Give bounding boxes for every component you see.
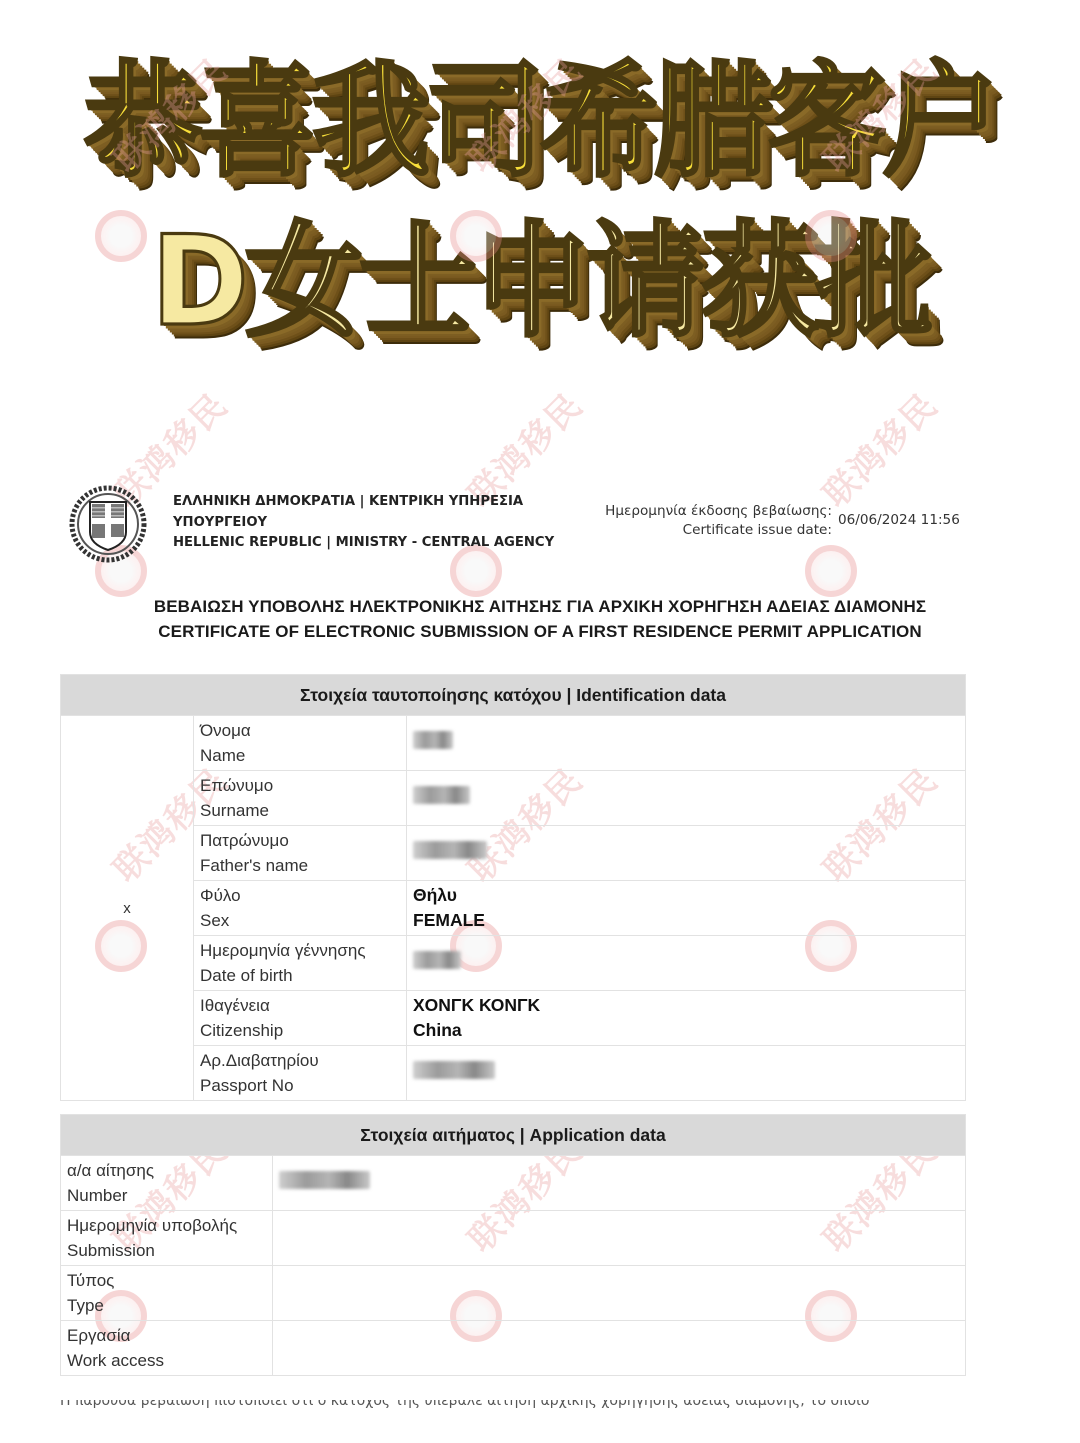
label-cell: ΤύποςType	[61, 1266, 273, 1321]
label-cell: ΦύλοSex	[194, 881, 407, 936]
redacted-value	[413, 731, 453, 749]
table-row: Ημερομηνία γέννησηςDate of birth	[61, 936, 966, 991]
table-row: ΕπώνυμοSurname	[61, 771, 966, 826]
headline-line-1: 恭喜我司希腊客户	[0, 62, 1080, 180]
issue-date-value: 06/06/2024 11:56	[838, 512, 960, 528]
table-row: α/α αίτησηςNumber	[61, 1156, 966, 1211]
label-greek: Πατρώνυμο	[200, 828, 400, 853]
company-seal-icon	[805, 545, 857, 597]
label-greek: Εργασία	[67, 1323, 266, 1348]
label-english: Type	[67, 1293, 266, 1318]
label-english: Name	[200, 743, 400, 768]
label-greek: Ημερομηνία γέννησης	[200, 938, 400, 963]
identification-header: Στοιχεία ταυτοποίησης κατόχου | Identifi…	[61, 675, 966, 716]
value-cell	[407, 936, 966, 991]
value-cell	[407, 826, 966, 881]
label-english: Submission	[67, 1238, 266, 1263]
watermark-text: 联鸿移民	[810, 380, 946, 516]
document-title-english: CERTIFICATE OF ELECTRONIC SUBMISSION OF …	[60, 619, 1020, 644]
table-row: ΤύποςType	[61, 1266, 966, 1321]
value-cell	[407, 771, 966, 826]
photo-placeholder: x	[61, 716, 194, 1101]
issue-date-labels: Ημερομηνία έκδοσης βεβαίωσης: Certificat…	[590, 502, 832, 540]
issue-date-label-greek: Ημερομηνία έκδοσης βεβαίωσης:	[590, 502, 832, 521]
watermark: 联鸿移民	[805, 545, 857, 597]
application-table: Στοιχεία αιτήματος | Application data α/…	[60, 1114, 966, 1376]
label-english: Father's name	[200, 853, 400, 878]
label-greek: Όνομα	[200, 718, 400, 743]
value-greek: Θήλυ	[413, 883, 959, 908]
label-english: Work access	[67, 1348, 266, 1373]
footer-note-text: Η παρούσα βεβαίωση πιστοποιεί ότι ο κάτο…	[60, 1400, 869, 1409]
label-cell: ΕργασίαWork access	[61, 1321, 273, 1376]
table-row: Αρ.ΔιαβατηρίουPassport No	[61, 1046, 966, 1101]
label-cell: α/α αίτησηςNumber	[61, 1156, 273, 1211]
redacted-value	[279, 1171, 370, 1189]
value-greek: ΧΟΝΓΚ ΚΟΝΓΚ	[413, 993, 959, 1018]
label-cell: ΠατρώνυμοFather's name	[194, 826, 407, 881]
value-cell	[273, 1211, 966, 1266]
redacted-value	[413, 951, 461, 969]
label-greek: Αρ.Διαβατηρίου	[200, 1048, 400, 1073]
agency-line-greek: ΕΛΛΗΝΙΚΗ ΔΗΜΟΚΡΑΤΙΑ | ΚΕΝΤΡΙΚΗ ΥΠΗΡΕΣΙΑ	[173, 492, 554, 513]
label-greek: Τύπος	[67, 1268, 266, 1293]
table-row: ΕργασίαWork access	[61, 1321, 966, 1376]
headline-line-2: D女士申请获批	[0, 222, 1080, 340]
label-cell: Αρ.ΔιαβατηρίουPassport No	[194, 1046, 407, 1101]
table-row: ΙθαγένειαCitizenshipΧΟΝΓΚ ΚΟΝΓΚChina	[61, 991, 966, 1046]
value-cell	[407, 1046, 966, 1101]
label-cell: ΌνομαName	[194, 716, 407, 771]
label-english: Passport No	[200, 1073, 400, 1098]
table-row: ΠατρώνυμοFather's name	[61, 826, 966, 881]
agency-line-ministry: ΥΠΟΥΡΓΕΙΟΥ	[173, 513, 554, 534]
headline-text-2: D女士申请获批	[151, 219, 929, 343]
document-title-greek: ΒΕΒΑΙΩΣΗ ΥΠΟΒΟΛΗΣ ΗΛΕΚΤΡΟΝΙΚΗΣ ΑΙΤΗΣΗΣ Γ…	[60, 594, 1020, 619]
label-greek: Επώνυμο	[200, 773, 400, 798]
label-cell: ΕπώνυμοSurname	[194, 771, 407, 826]
headline-text-1: 恭喜我司希腊客户	[84, 59, 996, 183]
issue-date-label-english: Certificate issue date:	[590, 521, 832, 540]
footer-note-cut: Η παρούσα βεβαίωση πιστοποιεί ότι ο κάτο…	[60, 1400, 940, 1409]
table-row: ΦύλοSexΘήλυFEMALE	[61, 881, 966, 936]
value-cell	[273, 1266, 966, 1321]
document-title: ΒΕΒΑΙΩΣΗ ΥΠΟΒΟΛΗΣ ΗΛΕΚΤΡΟΝΙΚΗΣ ΑΙΤΗΣΗΣ Γ…	[60, 594, 1020, 644]
label-cell: ΙθαγένειαCitizenship	[194, 991, 407, 1046]
value-cell: ΧΟΝΓΚ ΚΟΝΓΚChina	[407, 991, 966, 1046]
greek-coat-of-arms-icon	[68, 484, 148, 564]
label-cell: Ημερομηνία γέννησηςDate of birth	[194, 936, 407, 991]
identification-table: Στοιχεία ταυτοποίησης κατόχου | Identifi…	[60, 674, 966, 1101]
label-english: Number	[67, 1183, 266, 1208]
value-cell	[407, 716, 966, 771]
label-english: Surname	[200, 798, 400, 823]
label-english: Date of birth	[200, 963, 400, 988]
label-greek: Ιθαγένεια	[200, 993, 400, 1018]
label-greek: Ημερομηνία υποβολής	[67, 1213, 266, 1238]
value-cell	[273, 1156, 966, 1211]
value-english: FEMALE	[413, 908, 959, 933]
table-row: Ημερομηνία υποβολήςSubmission	[61, 1211, 966, 1266]
label-greek: α/α αίτησης	[67, 1158, 266, 1183]
table-row: xΌνομαName	[61, 716, 966, 771]
redacted-value	[413, 1061, 495, 1079]
issuing-agency: ΕΛΛΗΝΙΚΗ ΔΗΜΟΚΡΑΤΙΑ | ΚΕΝΤΡΙΚΗ ΥΠΗΡΕΣΙΑ …	[173, 492, 554, 554]
label-cell: Ημερομηνία υποβολήςSubmission	[61, 1211, 273, 1266]
value-cell: ΘήλυFEMALE	[407, 881, 966, 936]
value-english: China	[413, 1018, 959, 1043]
label-greek: Φύλο	[200, 883, 400, 908]
redacted-value	[413, 841, 487, 859]
value-cell	[273, 1321, 966, 1376]
redacted-value	[413, 786, 470, 804]
label-english: Citizenship	[200, 1018, 400, 1043]
application-header: Στοιχεία αιτήματος | Application data	[61, 1115, 966, 1156]
agency-line-english: HELLENIC REPUBLIC | MINISTRY - CENTRAL A…	[173, 533, 554, 554]
label-english: Sex	[200, 908, 400, 933]
